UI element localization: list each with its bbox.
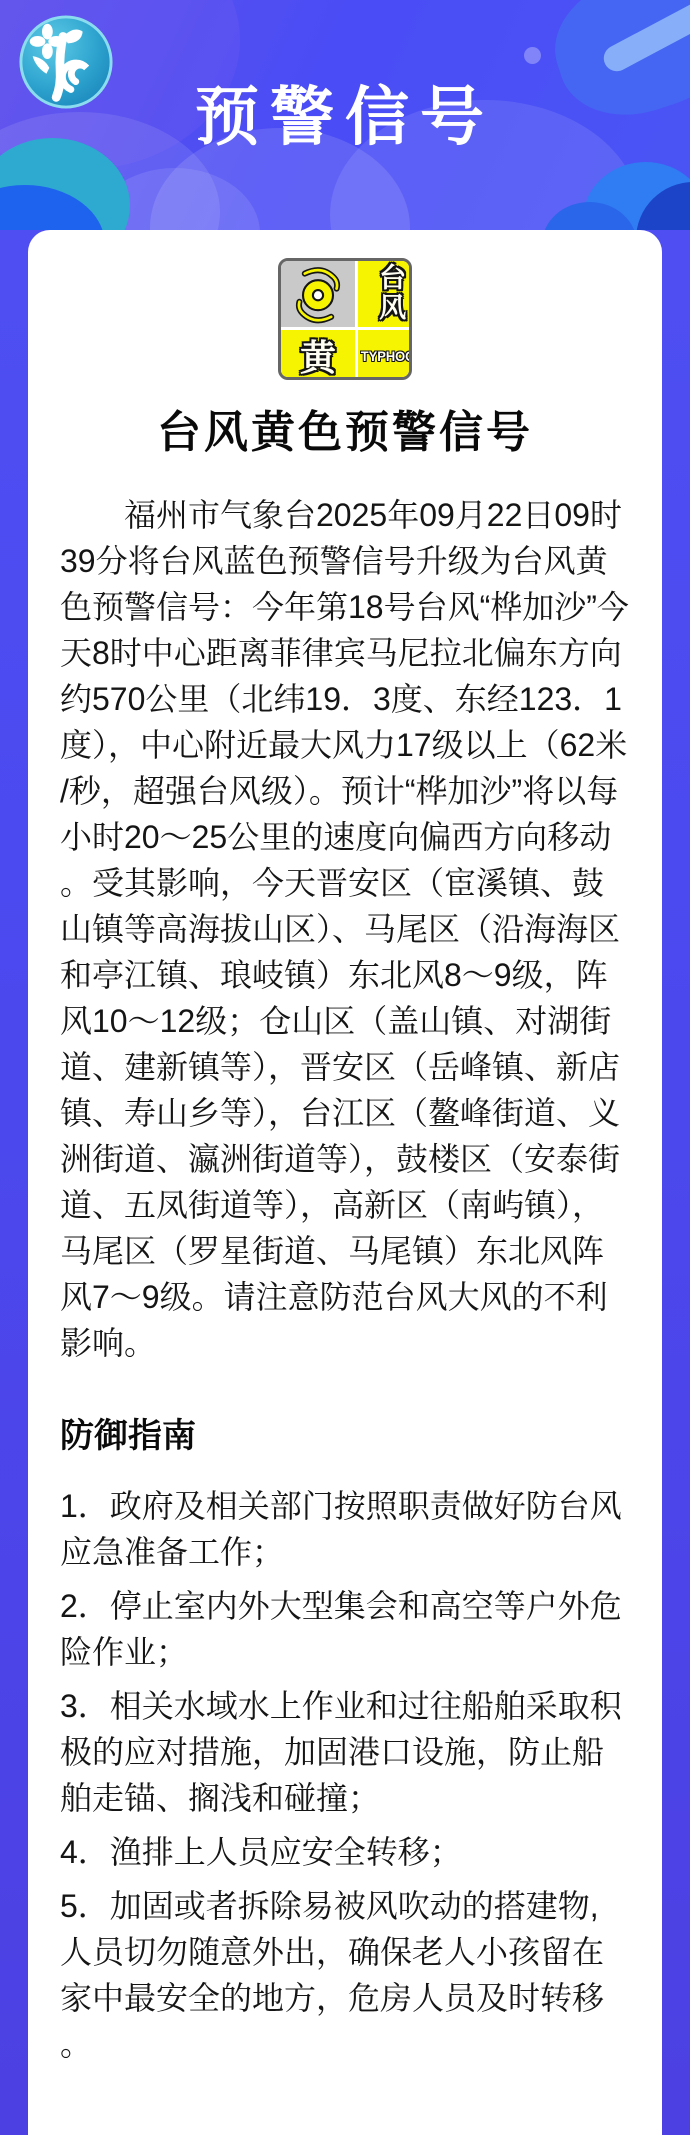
typhoon-yellow-warning-badge: 台风 黄 TYPHOON: [278, 258, 412, 380]
fuzhou-weather-service-logo-icon: [17, 13, 115, 111]
badge-type-label-en: TYPHOON: [358, 330, 412, 380]
guide-item-5: 5．加固或者拆除易被风吹动的搭建物, 人员切勿随意外出，确保老人小孩留在家中最安…: [60, 1883, 630, 2067]
badge-level-label: 黄: [281, 330, 355, 380]
typhoon-spiral-icon: [281, 261, 355, 327]
guide-item-2: 2．停止室内外大型集会和高空等户外危险作业；: [60, 1583, 630, 1675]
badge-type-label: 台风: [358, 261, 412, 327]
alert-body-text: 福州市气象台2025年09月22日09时39分将台风蓝色预警信号升级为台风黄色预…: [60, 492, 630, 1366]
page-header: 预警信号: [0, 0, 690, 230]
typhoon-warning-notice: 预警信号 台风 黄 TYPHOON: [0, 0, 690, 2135]
guide-heading: 防御指南: [60, 1408, 630, 1457]
guide-item-3: 3．相关水域水上作业和过往船舶采取积极的应对措施，加固港口设施，防止船舶走锚、搁…: [60, 1683, 630, 1821]
guide-item-4: 4．渔排上人员应安全转移；: [60, 1829, 630, 1875]
guide-item-1: 1．政府及相关部门按照职责做好防台风应急准备工作；: [60, 1483, 630, 1575]
alert-title: 台风黄色预警信号: [60, 396, 630, 460]
alert-card: 台风 黄 TYPHOON 台风黄色预警信号 福州市气象台2025年09月22日0…: [28, 230, 662, 2135]
